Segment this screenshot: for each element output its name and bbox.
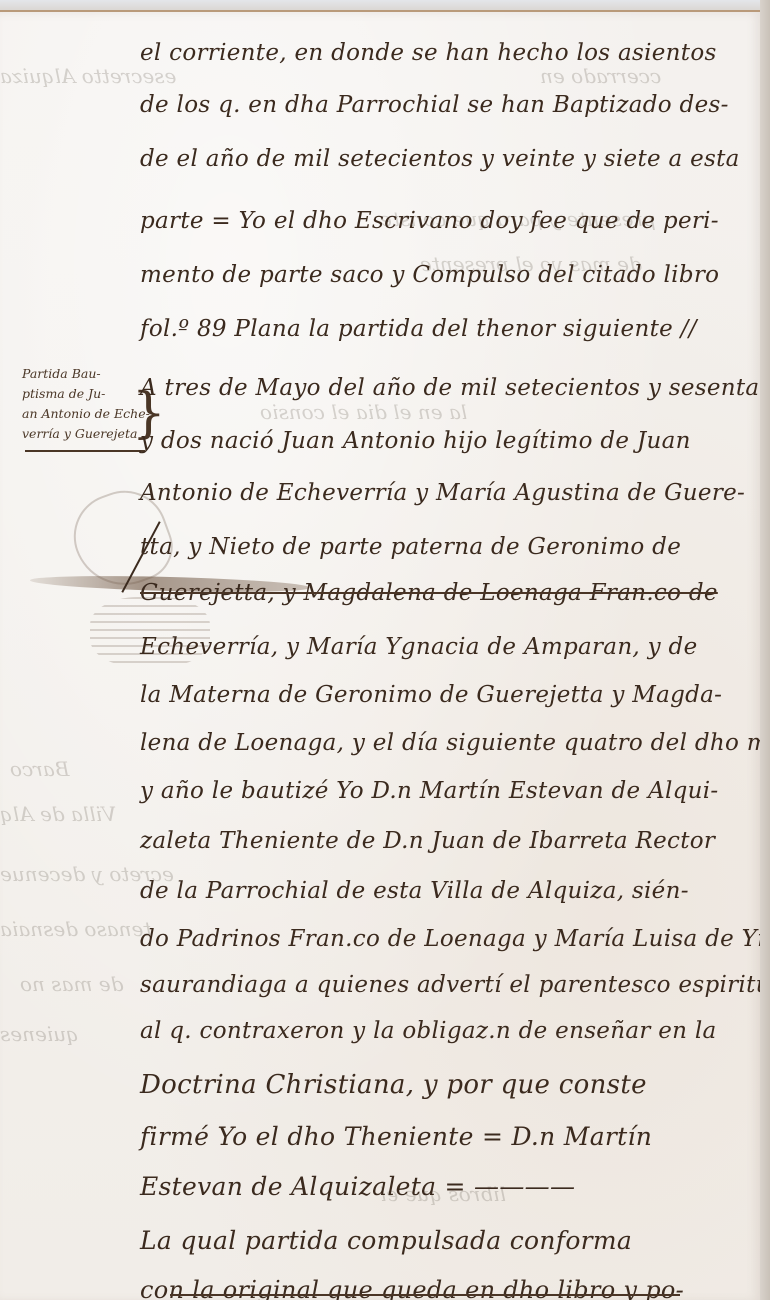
text-line: tta, y Nieto de parte paterna de Geronim… [140, 534, 681, 560]
text-line: con la original que queda en dho libro y… [140, 1276, 684, 1300]
text-line: Antonio de Echeverría y María Agustina d… [140, 480, 745, 506]
text-line: firmé Yo el dho Theniente = D.n Martín [140, 1122, 652, 1151]
text-line: do Padrinos Fran.co de Loenaga y María L… [140, 926, 770, 952]
bleed-through-text: esecretto Alquiza [0, 64, 176, 88]
text-line: de el año de mil setecientos y veinte y … [140, 146, 740, 172]
text-line: Echeverría, y María Ygnacia de Amparan, … [140, 634, 698, 660]
text-line: La qual partida compulsada conforma [140, 1226, 632, 1255]
page-edge [760, 0, 770, 1300]
text-line: mento de parte saco y Compulso del citad… [140, 262, 719, 288]
text-line: al q. contraxeron y la obligaz.n de ense… [140, 1018, 717, 1044]
bleed-through-text: quienes [0, 1022, 79, 1046]
text-line: Doctrina Christiana, y por que conste [140, 1070, 647, 1100]
text-line: de los q. en dha Parrochial se han Bapti… [140, 92, 729, 118]
margin-rule [25, 450, 145, 452]
bleed-through-text: Barco [10, 757, 69, 781]
text-line: A tres de Mayo del año de mil seteciento… [140, 375, 759, 401]
bleed-through-text: de mas no [20, 972, 123, 996]
text-line: saurandiaga a quienes advertí el parente… [140, 972, 770, 998]
text-line: de la Parrochial de esta Villa de Alquiz… [140, 878, 689, 904]
text-line: lena de Loenaga, y el día siguiente quat… [140, 730, 770, 756]
text-line: la Materna de Geronimo de Guerejetta y M… [140, 682, 722, 708]
text-line: parte = Yo el dho Escrivano doy fee que … [140, 208, 719, 234]
bleed-through-text: ccerrado en [540, 64, 661, 88]
bleed-through-text: tenaso desnaia [0, 917, 151, 941]
manuscript-page: esecretto Alquiza ccerrado en presente y… [0, 10, 762, 1300]
text-line: y dos nació Juan Antonio hijo legítimo d… [140, 428, 691, 454]
bleed-through-text: Villa de Alq [0, 802, 116, 826]
text-line: y año le bautizé Yo D.n Martín Estevan d… [140, 778, 718, 804]
text-line: Estevan de Alquizaleta = ———— [140, 1172, 575, 1201]
closing-rule [170, 1294, 680, 1296]
text-line: el corriente, en donde se han hecho los … [140, 40, 717, 66]
bleed-through-text: la en el dia el consio [260, 400, 467, 424]
text-line: zaleta Theniente de D.n Juan de Ibarreta… [140, 828, 715, 854]
struck-text-line: Guerejetta, y Magdalena de Loenaga Fran.… [140, 580, 718, 606]
text-line: fol.º 89 Plana la partida del thenor sig… [140, 316, 697, 342]
